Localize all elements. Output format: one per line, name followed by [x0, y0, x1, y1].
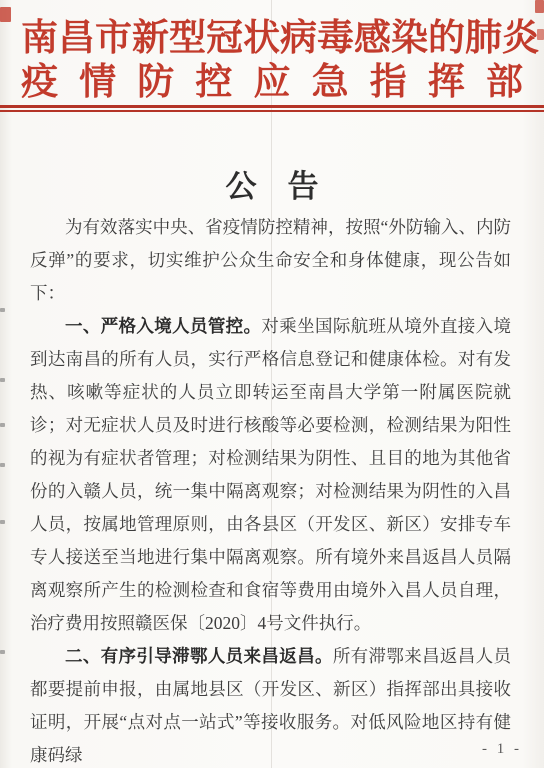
header-divider	[0, 105, 544, 112]
section-1-lead: 一、严格入境人员管控。	[65, 316, 261, 336]
paragraph-section-2: 二、有序引导滞鄂人员来昌返昌。所有滞鄂来昌返昌人员都要提前申报，由属地县区（开发…	[30, 640, 511, 768]
scan-artifact-edge-dash	[0, 308, 5, 312]
scan-artifact-edge-dash	[0, 378, 5, 382]
scan-artifact-red-mark	[0, 7, 11, 22]
issuer-line-1: 南昌市新型冠状病毒感染的肺炎	[21, 17, 523, 61]
issuer-line-2: 疫情防控应急指挥部	[21, 61, 523, 105]
document-title: 公 告	[0, 168, 544, 206]
scan-artifact-red-mark	[535, 0, 544, 13]
paragraph-intro: 为有效落实中央、省疫情防控精神，按照“外防输入、内防反弹”的要求，切实维护公众生…	[30, 211, 511, 310]
paragraph-text: 为有效落实中央、省疫情防控精神，按照“外防输入、内防反弹”的要求，切实维护公众生…	[30, 217, 511, 303]
scan-artifact-edge-dash	[0, 520, 5, 524]
scanned-document-page: 南昌市新型冠状病毒感染的肺炎 疫情防控应急指挥部 公 告 为有效落实中央、省疫情…	[0, 0, 544, 768]
scan-artifact-edge-dash	[0, 423, 5, 427]
header-divider-thick-line	[0, 105, 544, 108]
scan-artifact-edge-dash	[0, 650, 5, 654]
header-divider-thin-line	[0, 110, 544, 112]
section-1-text: 对乘坐国际航班从境外直接入境到达南昌的所有人员，实行严格信息登记和健康体检。对有…	[30, 316, 511, 633]
paragraph-section-1: 一、严格入境人员管控。对乘坐国际航班从境外直接入境到达南昌的所有人员，实行严格信…	[30, 310, 511, 640]
issuer-letterhead: 南昌市新型冠状病毒感染的肺炎 疫情防控应急指挥部	[21, 17, 523, 105]
scan-artifact-edge-dash	[0, 463, 5, 467]
page-number: - 1 -	[482, 741, 522, 758]
section-2-lead: 二、有序引导滞鄂人员来昌返昌。	[65, 646, 333, 666]
document-body: 为有效落实中央、省疫情防控精神，按照“外防输入、内防反弹”的要求，切实维护公众生…	[30, 211, 511, 768]
